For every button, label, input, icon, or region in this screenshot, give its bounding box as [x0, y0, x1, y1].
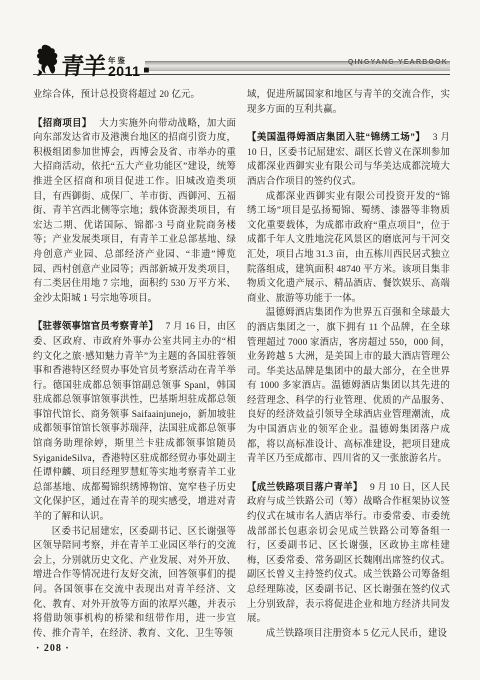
- body-paragraph: 温德姆酒店集团作为世界五百强和全球最大的酒店集团之一，旗下拥有 11 个品牌，在…: [247, 306, 450, 467]
- logo-square-mark: ■: [143, 66, 149, 76]
- logo-year-stack: 年鉴 2011 ■: [108, 57, 149, 79]
- continuation-paragraph: 业综合体，预计总投资将超过 20 亿元。: [33, 88, 236, 103]
- continuation-paragraph: 域，促进所属国家和地区与青羊的交流合作，实现多方面的互利共赢。: [247, 88, 450, 117]
- entry-paragraph: 【驻蓉领事馆官员考察青羊】7 月 16 日，由区委、区政府、市政府外事办公室共同…: [33, 319, 236, 524]
- logo-year: 2011: [108, 64, 140, 78]
- entry-heading: 【成兰铁路项目落户青羊】: [247, 481, 363, 492]
- entry-heading: 【驻蓉领事馆官员考察青羊】: [33, 320, 158, 331]
- entry-heading: 【招商项目】: [33, 117, 92, 128]
- entry-paragraph: 【招商项目】大力实施外向带动战略，加大面向东部发达省市及港澳台地区的招商引资力度…: [33, 116, 236, 307]
- body-paragraph: 区委书记屈建宏，区委副书记、区长谢强等区领导陪同考察，并在青羊工业园区举行的交流…: [33, 525, 236, 642]
- page-number: · 208 ·: [36, 643, 70, 654]
- right-column: 域，促进所属国家和地区与青羊的交流合作，实现多方面的互利共赢。 【美国温得姆酒店…: [247, 88, 450, 641]
- page-header: QINGYANG YEARBOOK 青羊 年鉴 2011 ■: [33, 40, 450, 78]
- entry-paragraph: 【美国温得姆酒店集团入驻“锦绣工场”】3 月 10 日，区委书记屈建宏、副区长曾…: [247, 130, 450, 189]
- goat-logo-icon: [33, 42, 59, 78]
- entry-text: 大力实施外向带动战略，加大面向东部发达省市及港澳台地区的招商引资力度，积极组团参…: [33, 119, 236, 304]
- body-paragraph: 成都深业西御实业有限公司投资开发的“锦绣工场”项目是弘扬蜀锦、蜀绣、漆器等非物质…: [247, 190, 450, 307]
- yearbook-scanned-page: QINGYANG YEARBOOK 青羊 年鉴 2011 ■ 业综合体，预计总投…: [0, 0, 480, 680]
- entry-text: 7 月 16 日，由区委、区政府、市政府外事办公室共同主办的“相约文化之旅·感知…: [33, 322, 236, 522]
- logo-title: 青羊: [60, 55, 106, 78]
- yearbook-logo: 青羊 年鉴 2011 ■: [33, 40, 149, 78]
- header-banner-text: QINGYANG YEARBOOK: [348, 59, 448, 66]
- entry-paragraph: 【成兰铁路项目落户青羊】9 月 10 日，区人民政府与成兰铁路公司（筹）战略合作…: [247, 480, 450, 627]
- entry-text: 9 月 10 日，区人民政府与成兰铁路公司（筹）战略合作框架协议签约仪式在城市名…: [247, 483, 450, 624]
- left-column: 业综合体，预计总投资将超过 20 亿元。 【招商项目】大力实施外向带动战略，加大…: [33, 88, 236, 641]
- two-column-text-area: 业综合体，预计总投资将超过 20 亿元。 【招商项目】大力实施外向带动战略，加大…: [33, 88, 450, 641]
- body-paragraph: 成兰铁路项目注册资本 5 亿元人民币，建设: [247, 627, 450, 642]
- entry-heading: 【美国温得姆酒店集团入驻“锦绣工场”】: [247, 131, 425, 142]
